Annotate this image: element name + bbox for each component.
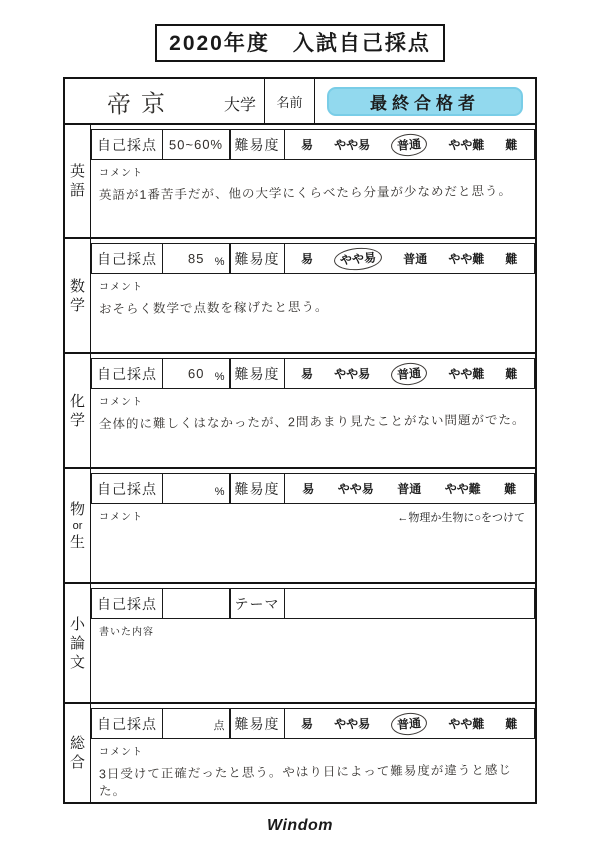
- theme-label: テーマ: [229, 588, 285, 619]
- subject-label-english: 英 語: [65, 125, 91, 237]
- self-score-value-english: 50~60%: [162, 129, 231, 160]
- result-cell: 最終合格者: [315, 79, 535, 123]
- self-score-value-essay: [162, 588, 231, 619]
- comment-label: コメント: [99, 393, 527, 408]
- difficulty-options-english: 易 やや易 普通 やや難 難: [284, 129, 536, 160]
- university-cell: 帝京 大学: [65, 79, 265, 123]
- difficulty-options-overall: 易 やや易 普通 やや難 難: [284, 708, 536, 739]
- difficulty-label: 難易度: [229, 243, 285, 274]
- comment-label: コメント: [99, 164, 527, 179]
- comment-text-english: 英語が1番苦手だが、他の大学にくらべたら分量が少なめだと思う。: [99, 182, 527, 203]
- subject-label-overall: 総 合: [65, 704, 91, 802]
- comment-text-overall: 3日受けて正確だったと思う。やはり日によって難易度が違うと感じた。: [99, 761, 527, 799]
- subject-block-chemistry: 化 学 自己採点 60 % 難易度 易 やや易 普通 やや難 難: [65, 352, 535, 467]
- comment-box-physics: コメント ←物理か生物に○をつけて: [91, 503, 535, 583]
- subject-block-overall: 総 合 自己採点 点 難易度 易 やや易 普通 やや難 難: [65, 702, 535, 802]
- self-score-value-physics: %: [162, 473, 231, 504]
- comment-text-essay: [99, 641, 527, 645]
- subject-block-essay: 小 論 文 自己採点 テーマ 書いた内容: [65, 582, 535, 702]
- comment-box-overall: コメント 3日受けて正確だったと思う。やはり日によって難易度が違うと感じた。: [91, 738, 535, 802]
- self-score-label: 自己採点: [91, 129, 163, 160]
- subject-block-english: 英 語 自己採点 50~60% 難易度 易 やや易 普通 やや難: [65, 123, 535, 237]
- self-score-label: 自己採点: [91, 473, 163, 504]
- written-content-label: 書いた内容: [99, 623, 527, 638]
- subject-label-chemistry: 化 学: [65, 354, 91, 467]
- comment-text-math: おそらく数学で点数を稼げたと思う。: [99, 296, 527, 317]
- self-score-value-chemistry: 60 %: [162, 358, 231, 389]
- theme-value-essay: [284, 588, 536, 619]
- page-title: 2020年度 入試自己採点: [155, 24, 445, 62]
- university-suffix-label: 大学: [224, 92, 256, 115]
- self-score-label: 自己採点: [91, 588, 163, 619]
- difficulty-label: 難易度: [229, 129, 285, 160]
- comment-box-english: コメント 英語が1番苦手だが、他の大学にくらべたら分量が少なめだと思う。: [91, 159, 535, 238]
- self-score-label: 自己採点: [91, 243, 163, 274]
- university-name-handwritten: 帝京: [106, 83, 175, 120]
- subject-block-math: 数 学 自己採点 85 % 難易度 易 やや易 普通 やや難 難: [65, 237, 535, 352]
- name-label-cell: 名前: [265, 79, 315, 123]
- comment-text-chemistry: 全体的に難しくはなかったが、2問あまり見たことがない問題がでた。: [99, 411, 527, 432]
- subject-label-essay: 小 論 文: [65, 584, 91, 702]
- self-score-label: 自己採点: [91, 708, 163, 739]
- self-score-label: 自己採点: [91, 358, 163, 389]
- subject-label-math: 数 学: [65, 239, 91, 352]
- self-score-value-math: 85 %: [162, 243, 231, 274]
- scanned-exam-self-score-sheet: 2020年度 入試自己採点 帝京 大学 名前 最終合格者 英 語 自己採点: [0, 0, 600, 846]
- final-pass-badge: 最終合格者: [327, 87, 523, 116]
- score-sheet-table: 帝京 大学 名前 最終合格者 英 語 自己採点 50~60%: [63, 77, 537, 804]
- difficulty-label: 難易度: [229, 708, 285, 739]
- comment-box-chemistry: コメント 全体的に難しくはなかったが、2問あまり見たことがない問題がでた。: [91, 388, 535, 468]
- windom-logo: Windom: [0, 817, 600, 835]
- comment-label: コメント: [99, 743, 527, 758]
- difficulty-options-chemistry: 易 やや易 普通 やや難 難: [284, 358, 536, 389]
- circle-physics-or-biology-note: ←物理か生物に○をつけて: [397, 509, 525, 525]
- difficulty-label: 難易度: [229, 358, 285, 389]
- comment-box-essay: 書いた内容: [91, 618, 535, 703]
- difficulty-options-physics: 易 やや易 普通 やや難 難: [284, 473, 536, 504]
- self-score-value-overall: 点: [162, 708, 231, 739]
- comment-box-math: コメント おそらく数学で点数を稼げたと思う。: [91, 273, 535, 353]
- subject-block-physics-or-biology: 物 or 生 自己採点 % 難易度 易 やや易 普通 やや難: [65, 467, 535, 582]
- subject-label-physics-or-biology: 物 or 生: [65, 469, 91, 582]
- comment-text-physics: [99, 526, 527, 530]
- header-row: 帝京 大学 名前 最終合格者: [65, 79, 535, 123]
- difficulty-options-math: 易 やや易 普通 やや難 難: [284, 243, 536, 274]
- comment-label: コメント: [99, 278, 527, 293]
- difficulty-label: 難易度: [229, 473, 285, 504]
